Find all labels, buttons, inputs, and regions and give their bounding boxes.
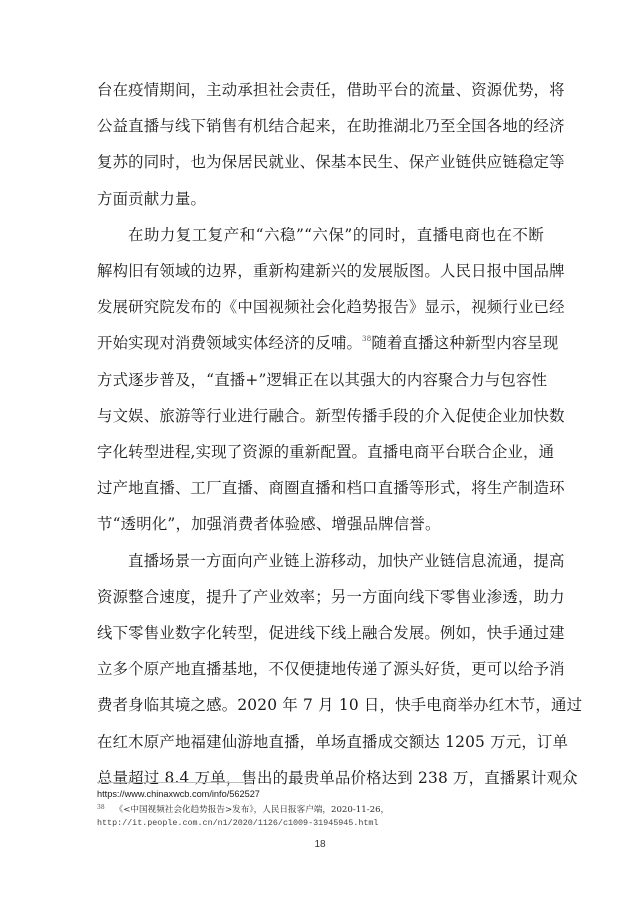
text-line: 字化转型进程,实现了资源的重新配置。直播电商平台联合企业，通 bbox=[97, 434, 544, 470]
body-text: 台在疫情期间，主动承担社会责任，借助平台的流量、资源优势，将 公益直播与线下销售… bbox=[97, 72, 544, 796]
paragraph-3: 直播场景一方面向产业链上游移动，加快产业链信息流通，提高 资源整合速度，提升了产… bbox=[97, 543, 544, 796]
footnote-text: 《<中国视频社会化趋势报告>发布》，人民日报客户端，2020-11-26， bbox=[115, 805, 390, 815]
text-line: 台在疫情期间，主动承担社会责任，借助平台的流量、资源优势，将 bbox=[97, 72, 544, 108]
footnote-number: 38 bbox=[97, 804, 105, 811]
footnote-reference[interactable]: 38 bbox=[362, 335, 371, 343]
text-line: 过产地直播、工厂直播、商圈直播和档口直播等形式，将生产制造环 bbox=[97, 470, 544, 506]
footnote-38: 38《<中国视频社会化趋势报告>发布》，人民日报客户端，2020-11-26， bbox=[97, 801, 557, 817]
text-line-with-footnote: 开始实现对消费领域实体经济的反哺。38随着直播这种新型内容呈现 bbox=[97, 325, 544, 361]
text-line: 在助力复工复产和“六稳”“六保”的同时，直播电商也在不断 bbox=[97, 217, 544, 253]
paragraph-2: 在助力复工复产和“六稳”“六保”的同时，直播电商也在不断 解构旧有领域的边界，重… bbox=[97, 217, 544, 543]
text-line: 线下零售业数字化转型，促进线下线上融合发展。例如，快手通过建 bbox=[97, 615, 544, 651]
footnotes: https://www.chinaxwcb.com/info/562527 38… bbox=[97, 788, 557, 830]
document-page: 台在疫情期间，主动承担社会责任，借助平台的流量、资源优势，将 公益直播与线下销售… bbox=[0, 0, 640, 905]
text-line: 立多个原产地直播基地，不仅便捷地传递了源头好货，更可以给予消 bbox=[97, 651, 544, 687]
text-line: 节“透明化”，加强消费者体验感、增强品牌信誉。 bbox=[97, 506, 544, 542]
text-line: 在红木原产地福建仙游地直播，单场直播成交额达 1205 万元，订单 bbox=[97, 724, 544, 760]
paragraph-1: 台在疫情期间，主动承担社会责任，借助平台的流量、资源优势，将 公益直播与线下销售… bbox=[97, 72, 544, 217]
text-line: 公益直播与线下销售有机结合起来，在助推湖北乃至全国各地的经济 bbox=[97, 108, 544, 144]
text-line: 费者身临其境之感。2020 年 7 月 10 日，快手电商举办红木节，通过 bbox=[97, 687, 544, 723]
text-line: 直播场景一方面向产业链上游移动，加快产业链信息流通，提高 bbox=[97, 543, 544, 579]
text-line: 资源整合速度，提升了产业效率；另一方面向线下零售业渗透，助力 bbox=[97, 579, 544, 615]
footnote-continued-url[interactable]: https://www.chinaxwcb.com/info/562527 bbox=[97, 788, 557, 801]
text-line: 解构旧有领域的边界，重新构建新兴的发展版图。人民日报中国品牌 bbox=[97, 253, 544, 289]
text-line: 复苏的同时，也为保居民就业、保基本民生、保产业链供应链稳定等 bbox=[97, 144, 544, 180]
text-line: 发展研究院发布的《中国视频社会化趋势报告》显示，视频行业已经 bbox=[97, 289, 544, 325]
text-segment: 随着直播这种新型内容呈现 bbox=[371, 334, 558, 352]
text-line: 方式逐步普及，“直播+”逻辑正在以其强大的内容聚合力与包容性 bbox=[97, 362, 544, 398]
footnote-separator bbox=[97, 782, 252, 783]
text-line: 方面贡献力量。 bbox=[97, 181, 544, 217]
footnote-38-url[interactable]: http://it.people.com.cn/n1/2020/1126/c10… bbox=[97, 817, 557, 830]
text-segment: 开始实现对消费领域实体经济的反哺。 bbox=[97, 334, 362, 352]
page-number: 18 bbox=[0, 839, 640, 850]
text-line: 与文娱、旅游等行业进行融合。新型传播手段的介入促使企业加快数 bbox=[97, 398, 544, 434]
